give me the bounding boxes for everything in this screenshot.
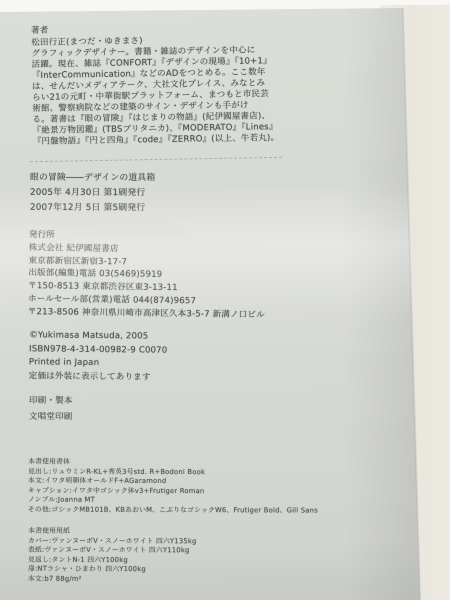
papers-section: 本書使用用紙 カバー:ヴァンヌーボV・スノーホワイト 四六Y135kg 表紙:ヴ…: [28, 527, 197, 585]
paper-line: 扉:NTラシャ・ひまわり 四六Y100kg: [28, 565, 197, 575]
colophon-page: 著者 松田行正(まつだ・ゆきまさ) グラフィックデザイナー。書籍・雑誌のデザイン…: [0, 8, 430, 600]
printing-label: 印刷・製本: [29, 393, 73, 409]
publisher-section: 発行所 株式会社 紀伊國屋書店 東京都新宿区新宿3-17-7 出版部(編集)電話…: [28, 229, 266, 322]
edition-section: 眼の冒険――デザインの道具箱 2005年 4月30日 第1刷発行 2007年12…: [30, 171, 156, 216]
printing-line: 2005年 4月30日 第1刷発行: [30, 186, 155, 201]
printing-section: 印刷・製本 文唱堂印刷: [29, 393, 73, 425]
book-title: 眼の冒険――デザインの道具箱: [30, 171, 155, 186]
book-photo: 著者 松田行正(まつだ・ゆきまさ) グラフィックデザイナー。書籍・雑誌のデザイン…: [0, 0, 450, 600]
isbn-line: ISBN978-4-314-00982-9 C0070: [29, 343, 167, 358]
publisher-line: 〒213-8506 神奈川県川崎市高津区久本3-5-7 新溝ノ口ビル: [28, 306, 265, 322]
printing-company: 文唱堂印刷: [29, 409, 73, 425]
typefaces-section: 本書使用書体 見出し:リュウミンR-KL+秀英3号std. R+Bodoni B…: [28, 457, 318, 516]
paper-line: 本文:b7 88g/m²: [28, 575, 197, 585]
paper-line: 表紙:ヴァンヌーボV・スノーホワイト 四六Y110kg: [28, 546, 197, 556]
price-note-line: 定価は外装に表示してあります: [29, 370, 167, 385]
printed-in-line: Printed in Japan: [29, 356, 167, 371]
copyright-line: ©Yukimasa Matsuda, 2005: [29, 329, 167, 344]
papers-heading: 本書使用用紙: [28, 527, 197, 537]
copyright-section: ©Yukimasa Matsuda, 2005 ISBN978-4-314-00…: [29, 329, 168, 384]
typeface-line: その他:ゴシックMB101B、KBあおいM、こぶりなゴシックW6、Frutige…: [28, 505, 318, 516]
printing-line: 2007年12月 5日 第5刷発行: [30, 201, 155, 216]
separator-line: [30, 157, 282, 162]
author-section: 著者 松田行正(まつだ・ゆきまさ) グラフィックデザイナー。書籍・雑誌のデザイン…: [31, 22, 279, 148]
